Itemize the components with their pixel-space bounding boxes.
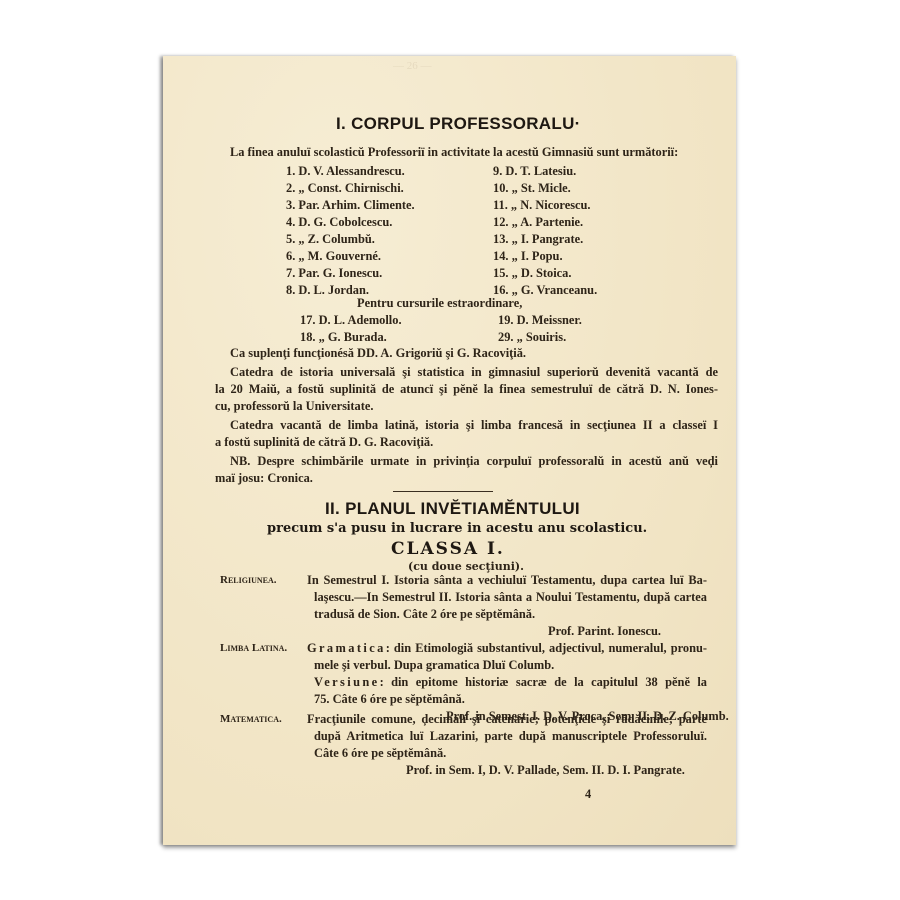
keyword: Gramatica [307,641,386,655]
section1-intro: La finea anuluï scolasticŭ Professoriï i… [230,145,718,160]
paragraph-line: Catedra de istoria universală şi statist… [230,365,718,380]
keyword: Versiune [314,675,380,689]
bleed-through: — 26 — [393,60,432,72]
professor-entry: 9. D. T. Latesiu. [493,164,576,179]
professor-entry: 4. D. G. Cobolcescu. [286,215,392,230]
professor-entry: 10. „ St. Micle. [493,181,571,196]
professor-entry: 17. D. L. Ademollo. [300,313,402,328]
subject-line: tradusă de Sion. Câte 2 óre pe sĕptĕmână… [314,607,535,622]
professor-entry: 29. „ Souiris. [498,330,566,345]
subject-professor: Prof. Parint. Ionescu. [548,624,661,639]
professor-entry: 3. Par. Arhim. Climente. [286,198,415,213]
professor-entry: 18. „ G. Burada. [300,330,387,345]
professor-entry: 13. „ I. Pangrate. [493,232,583,247]
paragraph-line: maï josu: Cronica. [215,471,313,486]
professor-entry: 8. D. L. Jordan. [286,283,369,298]
paragraph-line: la 20 Maiŭ, a fostŭ suplinită de atuncï … [215,382,718,397]
subject-line: Versiune: din epitome historiæ sacræ de … [314,675,707,690]
professor-entry: 11. „ N. Nicorescu. [493,198,591,213]
professor-entry: 12. „ A. Partenie. [493,215,583,230]
subject-line: Fracţiunile comune, ḑecimalï şi catenari… [307,712,707,727]
subject-line: In Semestrul I. Istoria sânta a vechiulu… [307,573,707,588]
class-title: CLASSA I. [391,539,505,559]
paragraph-line: NB. Despre schimbările urmate in privinţ… [230,454,718,469]
professor-entry: 1. D. V. Alessandrescu. [286,164,405,179]
subject-line: 75. Câte 6 óre pe sĕptĕmână. [314,692,465,707]
professor-entry: 14. „ I. Popu. [493,249,563,264]
professor-entry: 2. „ Const. Chirnischi. [286,181,404,196]
class-note: (cu doue secţiuni). [408,560,524,573]
subject-name: Matematica. [220,713,282,725]
subject-name: Limba Latina. [220,642,287,654]
subject-line: laşescu.—In Semestrul II. Istoria sânta … [314,590,707,605]
paragraph-line: Ca suplenţi funcţionésă DD. A. Grigoriŭ … [230,346,526,361]
extra-courses-heading: Pentru cursurile estraordinare, [357,296,522,311]
section2-title: II. PLANUL INVĔTIAMĔNTULUI [325,499,580,519]
paragraph-line: Catedra vacantă de limba latină, istoria… [230,418,718,433]
section1-title: I. CORPUL PROFESSORALU· [336,114,581,134]
professor-entry: 5. „ Z. Columbŭ. [286,232,375,247]
section-divider [393,491,493,492]
subject-line: Câte 6 óre pe sĕptĕmână. [314,746,446,761]
subject-line: mele şi verbul. Dupa gramatica Dluï Colu… [314,658,554,673]
scanned-page: — 26 — I. CORPUL PROFESSORALU· La finea … [163,56,736,845]
paragraph-line: cu, professorŭ la Universitate. [215,399,373,414]
subject-line: Gramatica: din Etimologiă substantivul, … [307,641,707,656]
subject-name: Religiunea. [220,574,276,586]
paragraph-line: a fostŭ suplinită de cătră D. G. Racoviţ… [215,435,433,450]
subject-professor: Prof. in Sem. I, D. V. Pallade, Sem. II.… [406,763,685,778]
professor-entry: 7. Par. G. Ionescu. [286,266,382,281]
section2-subtitle: precum s'a pusu in lucrare in acestu anu… [267,521,647,536]
professor-entry: 19. D. Meissner. [498,313,582,328]
professor-entry: 6. „ M. Gouverné. [286,249,381,264]
subject-line: după Aritmetica luï Lazarini, parte după… [314,729,707,744]
professor-entry: 16. „ G. Vranceanu. [493,283,597,298]
page-number: 4 [585,787,591,802]
professor-entry: 15. „ D. Stoica. [493,266,571,281]
